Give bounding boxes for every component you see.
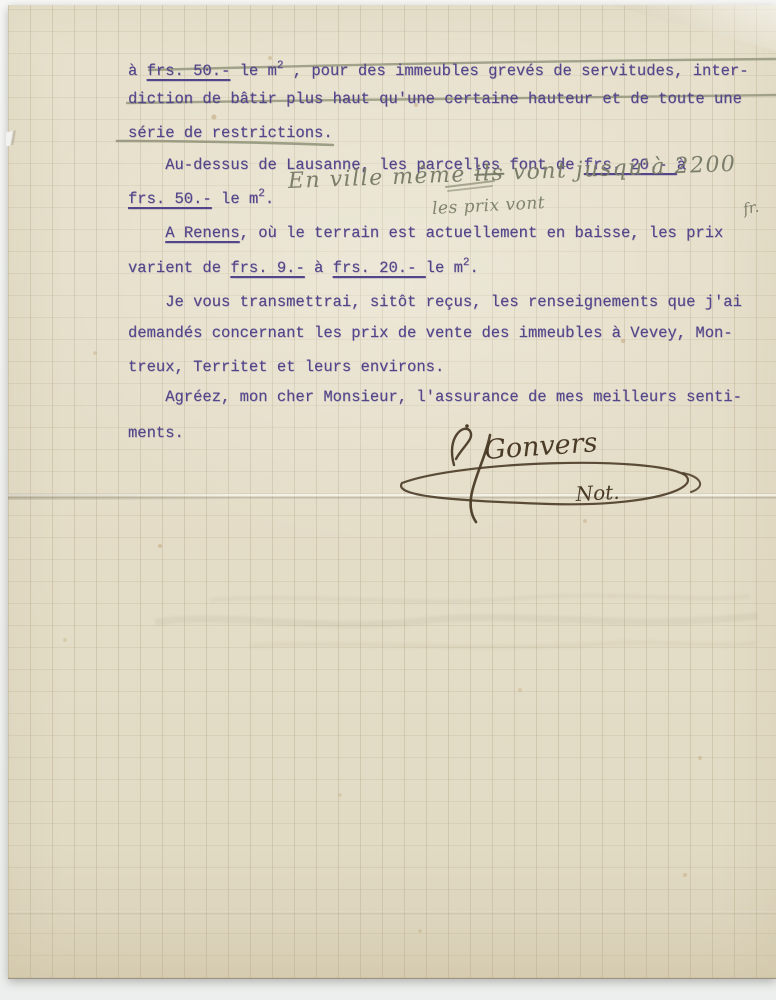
typed-line: A Renens, où le terrain est actuellement… [128, 223, 723, 243]
typed-lines: à frs. 50.- le m2 , pour des immeubles g… [0, 0, 776, 1000]
scan-background: à frs. 50.- le m2 , pour des immeubles g… [0, 0, 776, 1000]
typed-text: 2 [258, 188, 265, 200]
typed-line: treux, Territet et leurs environs. [128, 357, 444, 377]
typed-line: à frs. 50.- le m2 , pour des immeubles g… [128, 56, 749, 81]
underlined-text: frs. 9.- [230, 259, 304, 277]
typed-line: varient de frs. 9.- à frs. 20.- le m2. [128, 253, 479, 278]
typed-text: treux, Territet et leurs environs. [128, 358, 444, 376]
underlined-text: frs. 20.- [333, 259, 426, 277]
typed-text [128, 224, 165, 242]
typed-text: . [470, 259, 479, 277]
typed-line: Agréez, mon cher Monsieur, l'assurance d… [128, 387, 742, 407]
typed-text: Agréez, mon cher Monsieur, l'assurance d… [128, 388, 742, 406]
typed-text: le m [426, 259, 463, 277]
handwritten-unit: fr. [741, 198, 760, 219]
typed-line: série de restrictions. [128, 123, 333, 143]
typed-text: varient de [128, 259, 230, 277]
handwritten-text: ils [474, 161, 505, 187]
typed-text: 2 [463, 257, 470, 269]
underlined-text: frs. 50.- [128, 190, 212, 208]
typed-text: série de restrictions. [128, 124, 333, 142]
typed-text: , où le terrain est actuellement en bais… [240, 224, 724, 242]
underlined-text: frs. 50.- [147, 62, 231, 80]
typed-line: diction de bâtir plus haut qu'une certai… [128, 89, 742, 109]
typed-text: Je vous transmettrai, sitôt reçus, les r… [128, 293, 742, 311]
typed-text: . [265, 190, 274, 208]
typed-text: à [305, 259, 333, 277]
typed-line: Je vous transmettrai, sitôt reçus, les r… [128, 292, 742, 312]
typed-text: , pour des immeubles grevés de servitude… [283, 62, 748, 80]
typed-text: demandés concernant les prix de vente de… [128, 324, 733, 342]
typed-text: à [128, 62, 147, 80]
typed-text: diction de bâtir plus haut qu'une certai… [128, 90, 742, 108]
typed-text: ments. [128, 424, 184, 442]
typed-line: frs. 50.- le m2. [128, 184, 274, 209]
typed-line: demandés concernant les prix de vente de… [128, 323, 733, 343]
typed-line: ments. [128, 423, 184, 443]
underlined-text: A Renens [165, 224, 239, 242]
typed-text: le m [212, 190, 259, 208]
typed-text: le m [230, 62, 277, 80]
